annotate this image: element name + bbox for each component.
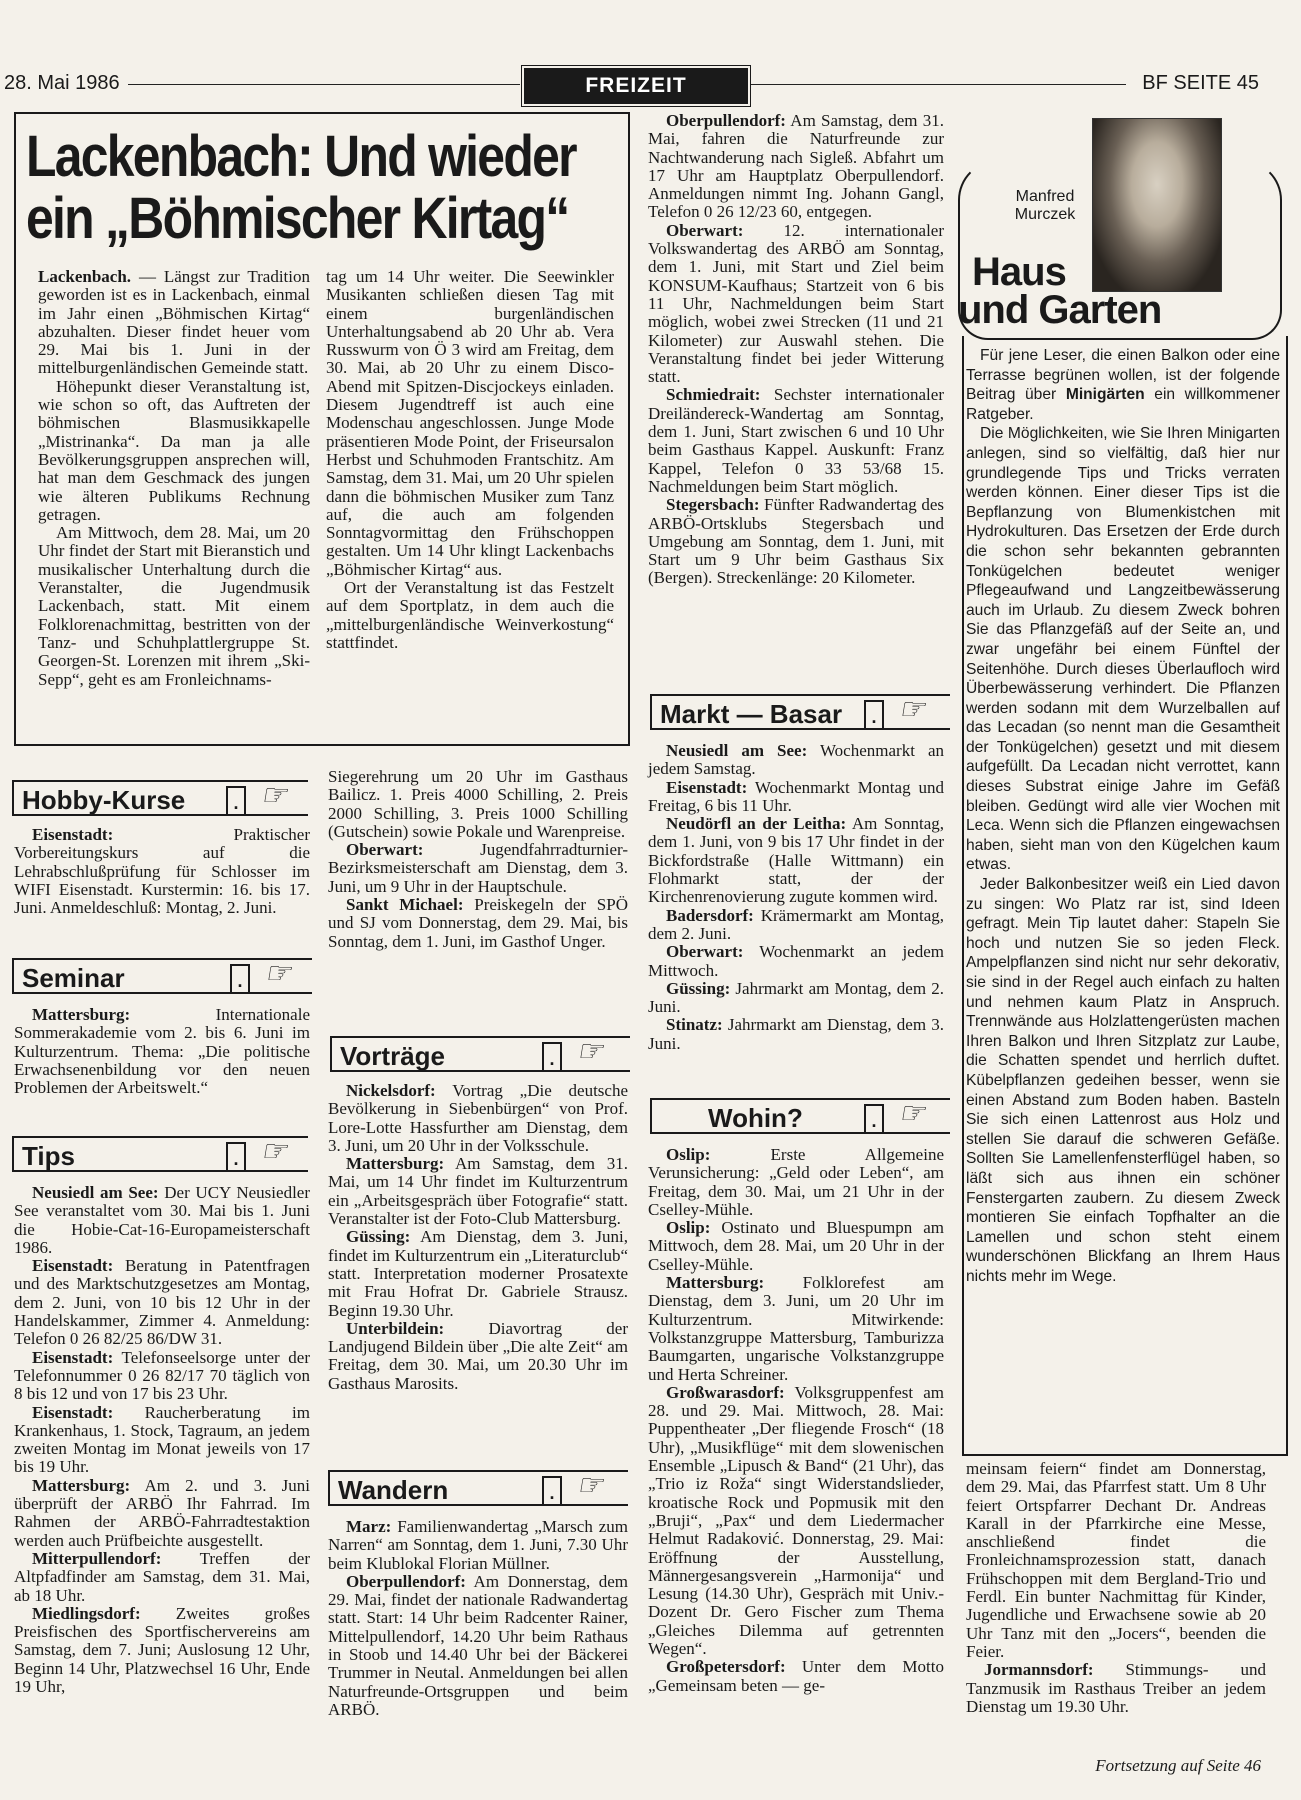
section-header-vortraege: Vorträge .☞ [330,1036,630,1072]
section-header-markt: Markt — Basar .☞ [650,694,950,730]
column-body: Für jene Leser, die einen Balkon oder ei… [966,346,1280,1287]
header-rule-left [128,84,520,85]
author-photo [1092,118,1222,292]
issue-date: 28. Mai 1986 [4,72,120,95]
section-header-wandern: Wandern .☞ [328,1470,628,1506]
header-rule-right [750,84,1126,85]
column-title-line-1: Haus [972,252,1066,292]
pointing-hand-icon: ☞ [576,1034,603,1069]
title-line-1: Lackenbach: Und wieder [26,126,628,188]
pointing-hand-icon: ☞ [576,1468,603,1503]
section-header-hobby: Hobby-Kurse .☞ [12,780,308,816]
wohin-list: Oslip: Erste Allgemeine Verunsicherung: … [648,1146,944,1695]
author-name: Manfred Murczek [1000,188,1090,224]
pointing-hand-icon: ☞ [898,692,925,727]
hobby-list: Eisenstadt: Praktischer Vorbereitungskur… [14,826,310,917]
pointing-hand-icon: ☞ [264,956,291,991]
pointing-hand-icon: ☞ [260,1134,287,1169]
page-number: BF SEITE 45 [1142,72,1259,95]
section-header-wohin: Wohin? .☞ [650,1098,950,1134]
tips-continued: Siegerehrung um 20 Uhr im Gasthaus Baili… [328,768,628,951]
tips-list: Neusiedl am See: Der UCY Neusiedler See … [14,1184,310,1696]
lead-col-2: tag um 14 Uhr weiter. Die Seewinkler Mus… [326,268,614,652]
lead-article-title: Lackenbach: Und wieder ein „Böhmischer K… [26,126,628,250]
seminar-list: Mattersburg: Internationale Sommerakadem… [14,1006,310,1097]
column-title-line-2: und Garten [958,290,1161,330]
section-header-seminar: Seminar .☞ [12,958,312,994]
pointing-hand-icon: ☞ [898,1096,925,1131]
continuation-note: Fortsetzung auf Seite 46 [1095,1756,1261,1776]
wandern-continued: Oberpullendorf: Am Samstag, dem 31. Mai,… [648,112,944,588]
markt-list: Neusiedl am See: Wochenmarkt an jedem Sa… [648,742,944,1053]
lead-col-1: Lackenbach. — Längst zur Tradition gewor… [38,268,310,689]
wohin-continued: meinsam feiern“ findet am Donnerstag, de… [966,1460,1266,1716]
section-header-tips: Tips .☞ [12,1136,308,1172]
pointing-hand-icon: ☞ [260,778,287,813]
vortraege-list: Nickelsdorf: Vortrag „Die deutsche Bevöl… [328,1082,628,1393]
title-line-2: ein „Böhmischer Kirtag“ [26,188,628,250]
wandern-list: Marz: Familienwandertag „Marsch zum Narr… [328,1518,628,1719]
section-ressort: FREIZEIT [524,68,748,104]
